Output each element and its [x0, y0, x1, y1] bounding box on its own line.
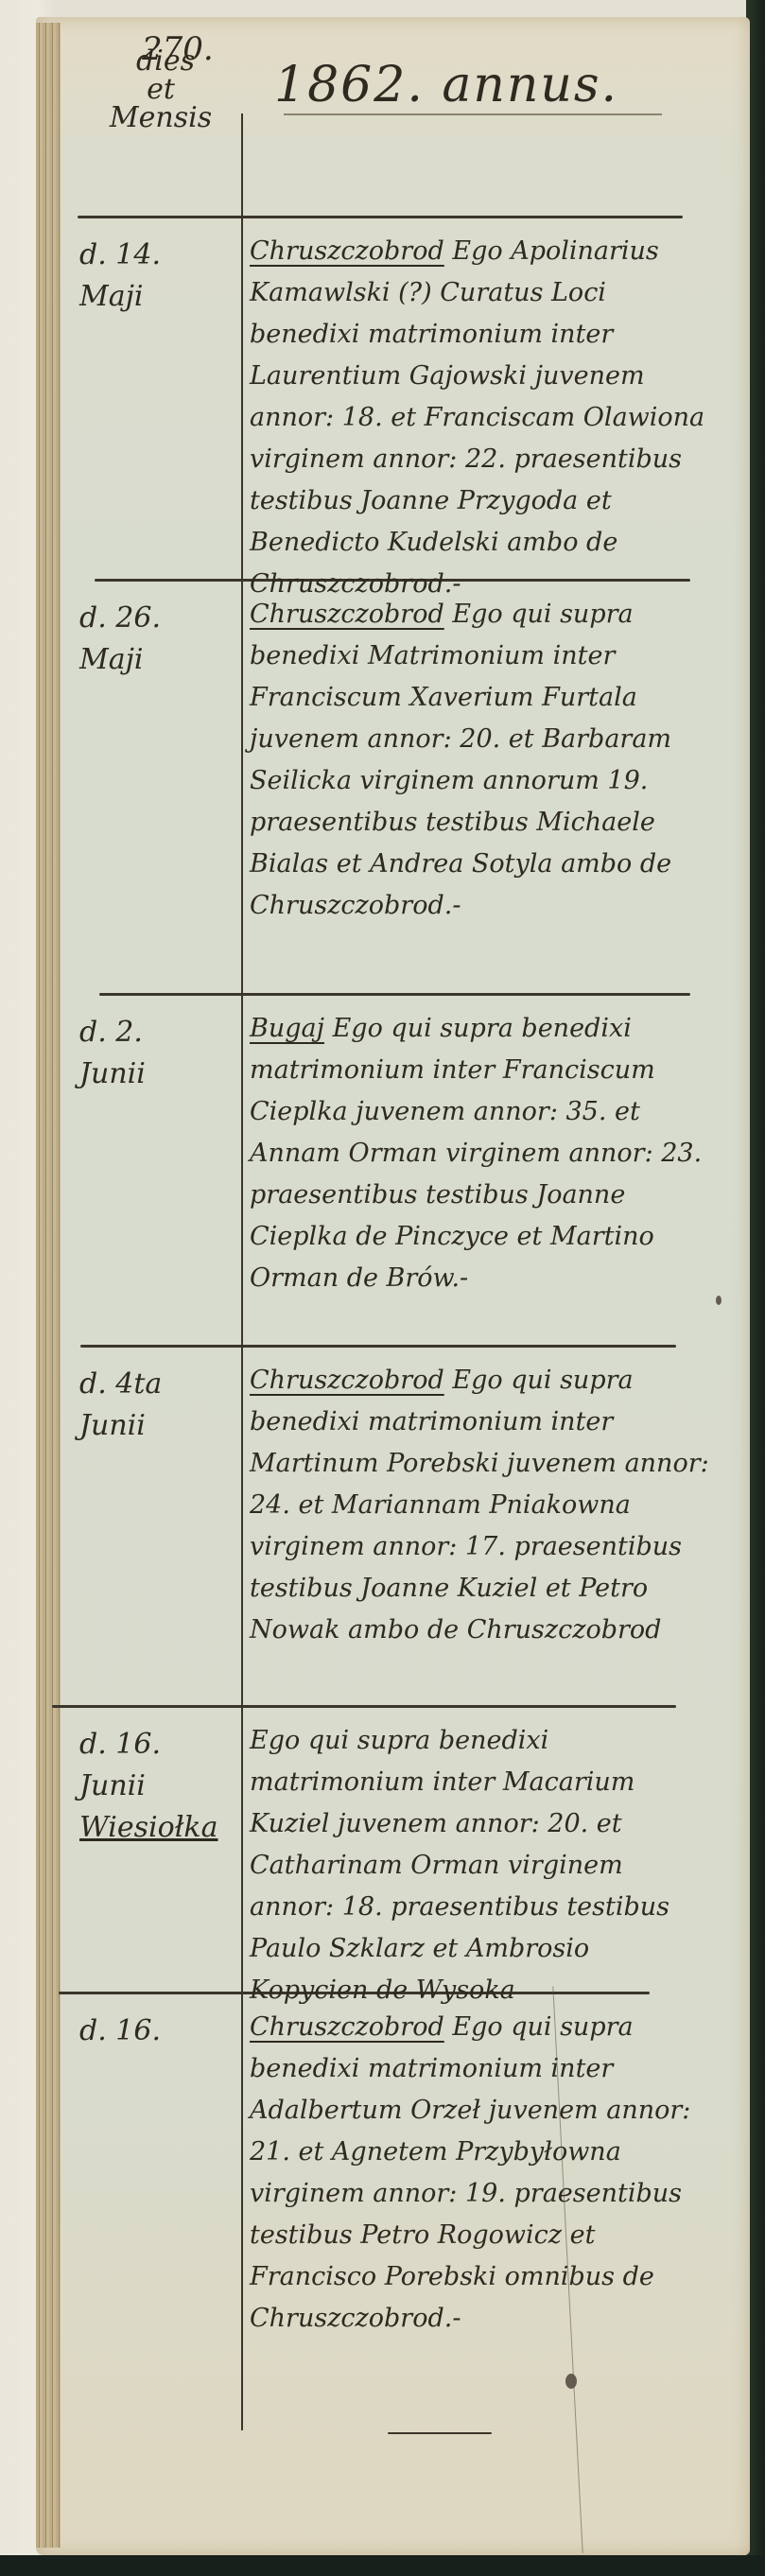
entry-body: Ego qui supra benedixi matrimonium inter… [250, 1366, 709, 1645]
entry-month: Junii [79, 1405, 240, 1447]
entry-record: Bugaj Ego qui supra benedixi matrimonium… [250, 1008, 713, 1299]
entry-record: Chruszczobrod Ego qui supra benedixi Mat… [250, 594, 713, 927]
entry-date: d. 26. Maji [79, 598, 240, 681]
page-stack-edge [36, 23, 61, 2548]
entry-record: Ego qui supra benedixi matrimonium inter… [250, 1720, 713, 2011]
entry-month: Maji [79, 639, 240, 681]
column-header-dies-et-mensis: dies et Mensis [80, 47, 241, 132]
scanner-bottom-edge [0, 2555, 765, 2576]
entry-record: Chruszczobrod Ego Apolinarius Kamawlski … [250, 231, 713, 605]
register-entry: d. 16. Junii Wiesiołka Ego qui supra ben… [61, 1705, 722, 1992]
entry-date: d. 16. [79, 2010, 240, 2052]
entry-village: Bugaj [250, 1014, 324, 1043]
entry-body: Ego qui supra benedixi matrimonium inter… [250, 2012, 690, 2333]
ink-spot [716, 1296, 722, 1305]
year-heading: 1862. annus. [274, 57, 618, 113]
entry-body: Ego qui supra benedixi matrimonium inter… [250, 1726, 669, 2005]
register-entry: d. 16. Chruszczobrod Ego qui supra bened… [61, 1992, 722, 2417]
entry-day: d. 14. [79, 235, 240, 276]
entry-date: d. 4ta Junii [79, 1364, 240, 1447]
ink-blot [565, 2374, 577, 2389]
entry-record: Chruszczobrod Ego qui supra benedixi mat… [250, 1360, 713, 1651]
entry-body: Ego qui supra benedixi matrimonium inter… [250, 1014, 702, 1293]
entry-day: d. 16. [79, 2010, 240, 2052]
entry-month: Junii [79, 1766, 240, 1807]
register-entry: d. 26. Maji Chruszczobrod Ego qui supra … [61, 579, 722, 993]
entry-date: d. 14. Maji [79, 235, 240, 318]
column-header-line: Mensis [80, 104, 241, 132]
entry-month: Maji [79, 276, 240, 318]
entry-day: d. 16. [79, 1724, 240, 1766]
entry-place-note: Wiesiołka [79, 1807, 240, 1849]
entry-day: d. 4ta [79, 1364, 240, 1405]
year-underline [284, 113, 662, 115]
entry-village: Chruszczobrod [250, 236, 444, 266]
register-entry: d. 14. Maji Chruszczobrod Ego Apolinariu… [61, 216, 722, 579]
entry-record: Chruszczobrod Ego qui supra benedixi mat… [250, 2007, 713, 2340]
register-entry: d. 4ta Junii Chruszczobrod Ego qui supra… [61, 1345, 722, 1705]
entry-day: d. 26. [79, 598, 240, 639]
entry-date: d. 16. Junii Wiesiołka [79, 1724, 240, 1849]
entry-body: Ego qui supra benedixi Matrimonium inter… [250, 600, 671, 920]
entry-village: Chruszczobrod [250, 600, 444, 629]
column-header-line: et [80, 76, 241, 104]
entry-date: d. 2. Junii [79, 1012, 240, 1095]
entry-body: Ego Apolinarius Kamawlski (?) Curatus Lo… [250, 236, 704, 599]
register-entry: d. 2. Junii Bugaj Ego qui supra benedixi… [61, 993, 722, 1345]
entry-month: Junii [79, 1053, 240, 1095]
entry-village: Chruszczobrod [250, 2012, 444, 2042]
entry-village: Chruszczobrod [250, 1366, 444, 1395]
entry-day: d. 2. [79, 1012, 240, 1053]
closing-flourish [388, 2432, 492, 2434]
column-header-line: dies [80, 47, 241, 76]
